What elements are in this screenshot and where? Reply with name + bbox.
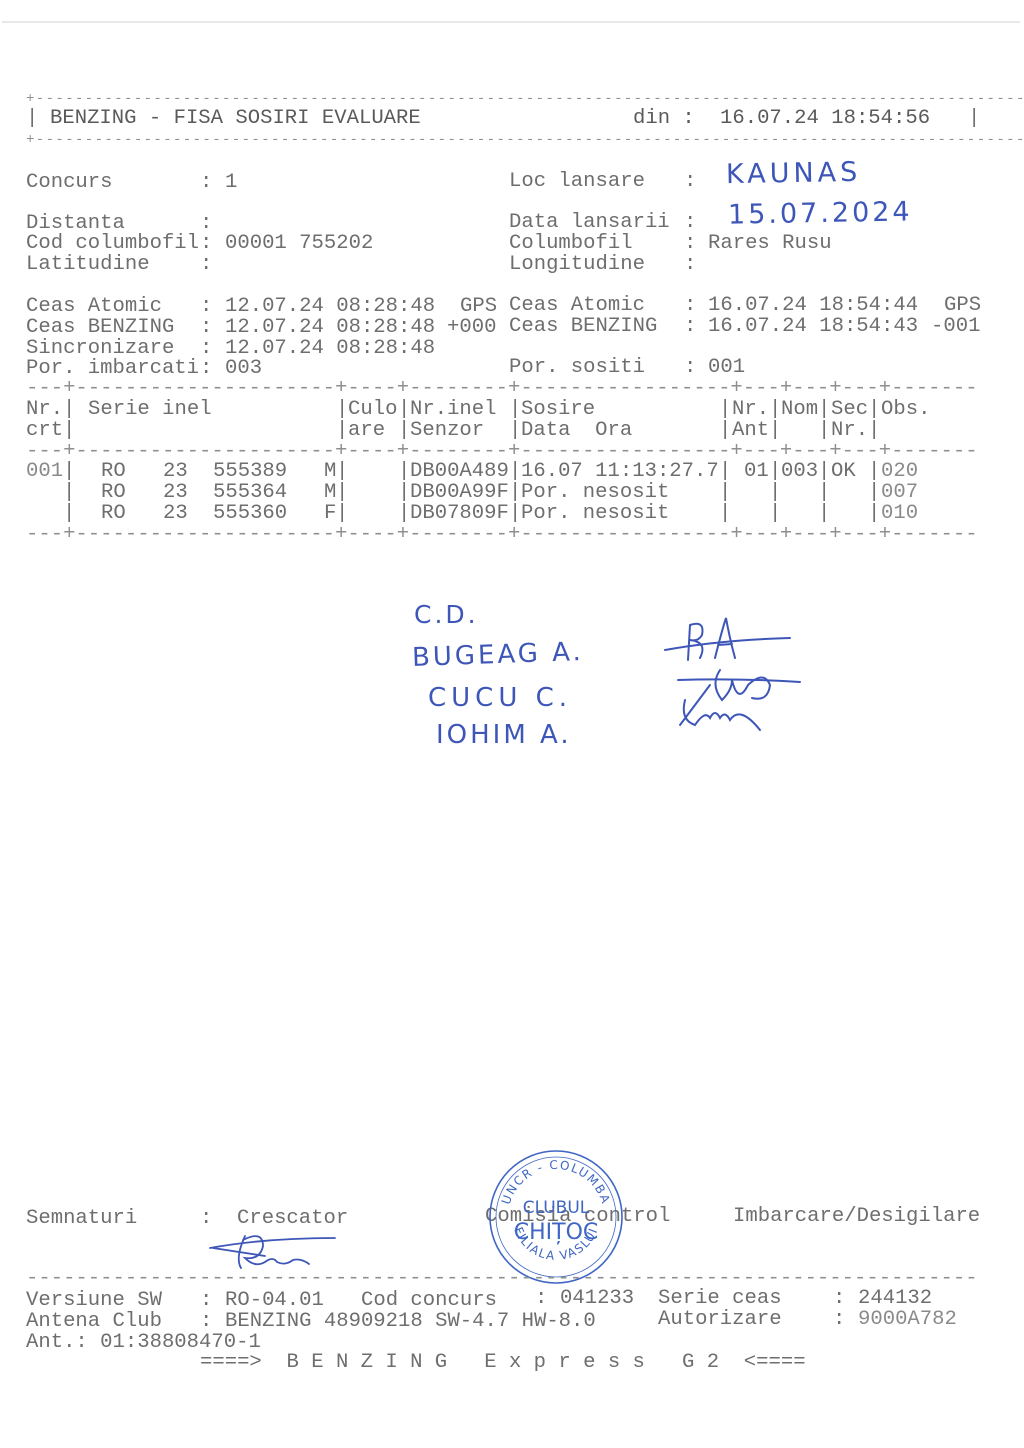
th-nr-ant-1: Nr.: [732, 399, 769, 420]
cell-sex: M: [324, 482, 336, 503]
th-culoare-2: are: [348, 420, 385, 441]
sincronizare-colon: :: [200, 338, 212, 359]
cell-country: RO: [101, 503, 126, 524]
cod-columbofil-label: Cod columbofil: [26, 233, 199, 254]
columbofil-label: Columbofil: [509, 233, 633, 254]
ceas-benzing-end-suffix: -001: [931, 316, 980, 337]
benzing-express-banner: ====> B E N Z I N G E x p r e s s G 2 <=…: [200, 1352, 806, 1373]
table-top-rule: ---+---------------------+----+--------+…: [26, 378, 978, 399]
table-vbar: |: [868, 399, 880, 420]
serie-ceas-label: Serie ceas: [658, 1288, 782, 1309]
cell-year: 23: [163, 503, 188, 524]
header-box-left-border: |: [26, 108, 38, 129]
concurs-value: 1: [225, 172, 237, 193]
versiune-sw-value: RO-04.01: [225, 1290, 324, 1311]
table-vbar: |: [398, 399, 410, 420]
table-vbar: |: [818, 399, 830, 420]
table-vbar: |: [398, 461, 410, 482]
table-vbar: |: [818, 503, 830, 524]
table-vbar: |: [719, 420, 731, 441]
ceas-benzing-end-colon: :: [684, 316, 696, 337]
ceas-atomic-end-label: Ceas Atomic: [509, 295, 645, 316]
versiune-sw-label: Versiune SW: [26, 1290, 162, 1311]
table-vbar: |: [719, 399, 731, 420]
th-sosire-2: Data Ora: [521, 420, 632, 441]
latitudine-colon: :: [200, 254, 212, 275]
header-date-label: din :: [633, 108, 695, 129]
svg-text:CHIȚOC: CHIȚOC: [514, 1220, 599, 1245]
table-vbar: |: [769, 399, 781, 420]
th-obs: Obs.: [881, 399, 930, 420]
table-vbar: |: [63, 461, 75, 482]
antena-club-label: Antena Club: [26, 1311, 162, 1332]
th-serie-inel: Serie inel: [88, 399, 212, 420]
th-nr-ant-2: Ant: [732, 420, 769, 441]
cell-sensor: DB00A489: [410, 461, 509, 482]
cell-arrival: Por. nesosit: [521, 482, 669, 503]
th-sec-nr-2: Nr.: [831, 420, 868, 441]
sincronizare-value: 12.07.24 08:28:48: [225, 338, 435, 359]
cell-country: RO: [101, 482, 126, 503]
table-vbar: |: [336, 482, 348, 503]
th-sec-nr-1: Sec: [831, 399, 868, 420]
cell-sex: M: [324, 461, 336, 482]
distanta-colon: :: [200, 213, 212, 234]
ceas-atomic-start-colon: :: [200, 296, 212, 317]
sincronizare-label: Sincronizare: [26, 338, 174, 359]
semnaturi-label: Semnaturi: [26, 1208, 137, 1229]
ceas-benzing-start-label: Ceas BENZING: [26, 317, 174, 338]
cell-nr-ant: 01: [744, 461, 769, 482]
table-vbar: |: [398, 420, 410, 441]
cell-obs: 007: [881, 482, 918, 503]
th-nr-inel-senzor-2: Senzor: [410, 420, 484, 441]
table-vbar: |: [868, 461, 880, 482]
cod-concurs-colon: :: [535, 1288, 547, 1309]
loc-lansare-colon: :: [684, 171, 696, 192]
header-date-value: 16.07.24 18:54:56: [720, 108, 930, 129]
cod-columbofil-colon: :: [200, 233, 212, 254]
imbarcare-desigilare-label: Imbarcare/Desigilare: [733, 1206, 980, 1227]
longitudine-label: Longitudine: [509, 254, 645, 275]
ceas-atomic-end-colon: :: [684, 295, 696, 316]
table-vbar: |: [868, 482, 880, 503]
commission-line-bugeag: BUGEAG A.: [412, 637, 585, 673]
table-vbar: |: [769, 482, 781, 503]
loc-lansare-handwritten: KAUNAS: [726, 157, 862, 190]
th-nr-inel-senzor-1: Nr.inel: [410, 399, 497, 420]
table-vbar: |: [63, 503, 75, 524]
table-vbar: |: [336, 503, 348, 524]
commission-line-iohim: IOHIM A.: [436, 720, 572, 750]
concurs-label: Concurs: [26, 172, 113, 193]
versiune-sw-colon: :: [200, 1290, 212, 1311]
table-vbar: |: [719, 482, 731, 503]
antenna-id: Ant.: 01:38808470-1: [26, 1332, 261, 1353]
table-vbar: |: [818, 461, 830, 482]
por-imbarcati-label: Por. imbarcati: [26, 358, 199, 379]
cell-obs: 020: [881, 461, 918, 482]
cell-ring: 555360: [213, 503, 287, 524]
cell-ring: 555389: [213, 461, 287, 482]
club-stamp: UNCR - COLUMBA FILIALA VASLUI CLUBUL CHI…: [486, 1147, 626, 1287]
antena-club-colon: :: [200, 1311, 212, 1332]
distanta-label: Distanta: [26, 213, 125, 234]
table-vbar: |: [509, 420, 521, 441]
svg-text:CLUBUL: CLUBUL: [523, 1198, 590, 1218]
cell-sensor: DB07809F: [410, 503, 509, 524]
ceas-atomic-end-value: 16.07.24 18:54:44: [708, 295, 918, 316]
table-vbar: |: [719, 503, 731, 524]
table-vbar: |: [509, 461, 521, 482]
autorizare-label: Autorizare: [658, 1309, 782, 1330]
group-nr-crt: 001: [26, 461, 63, 482]
latitudine-label: Latitudine: [26, 254, 150, 275]
crescator-label: Crescator: [237, 1208, 348, 1229]
data-lansarii-handwritten: 15.07.2024: [728, 196, 913, 230]
columbofil-colon: :: [684, 233, 696, 254]
commission-line-cucu: CUCU C.: [428, 683, 572, 713]
table-vbar: |: [398, 482, 410, 503]
th-culoare-1: Culo: [348, 399, 397, 420]
ceas-benzing-end-label: Ceas BENZING: [509, 316, 657, 337]
ceas-atomic-start-value: 12.07.24 08:28:48: [225, 296, 435, 317]
por-imbarcati-value: 003: [225, 358, 262, 379]
cell-year: 23: [163, 461, 188, 482]
footer-rule: ----------------------------------------…: [26, 1268, 978, 1289]
th-nr-crt-1: Nr.: [26, 399, 63, 420]
cod-concurs-value: 041233: [560, 1288, 634, 1309]
por-imbarcati-colon: :: [200, 358, 212, 379]
cod-columbofil-value: 00001 755202: [225, 233, 373, 254]
data-lansarii-label: Data lansarii: [509, 212, 670, 233]
autorizare-colon: :: [833, 1309, 845, 1330]
ceas-atomic-end-suffix: GPS: [944, 295, 981, 316]
cell-obs: 010: [881, 503, 918, 524]
cell-sex: F: [324, 503, 336, 524]
table-vbar: |: [63, 420, 75, 441]
table-vbar: |: [769, 503, 781, 524]
cell-arrival: Por. nesosit: [521, 503, 669, 524]
table-vbar: |: [769, 461, 781, 482]
table-vbar: |: [398, 503, 410, 524]
table-vbar: |: [509, 503, 521, 524]
header-box-bottom-border: +---------------------------------------…: [26, 130, 1024, 151]
loc-lansare-label: Loc lansare: [509, 171, 645, 192]
longitudine-colon: :: [684, 254, 696, 275]
serie-ceas-value: 244132: [858, 1288, 932, 1309]
ceas-atomic-start-label: Ceas Atomic: [26, 296, 162, 317]
table-vbar: |: [868, 503, 880, 524]
columbofil-value: Rares Rusu: [708, 233, 832, 254]
ceas-benzing-end-value: 16.07.24 18:54:43: [708, 316, 918, 337]
semnaturi-colon: :: [200, 1208, 212, 1229]
commission-signatures: [660, 610, 810, 740]
table-vbar: |: [509, 399, 521, 420]
por-sositi-label: Por. sositi: [509, 357, 645, 378]
table-vbar: |: [336, 399, 348, 420]
table-vbar: |: [818, 420, 830, 441]
serie-ceas-colon: :: [833, 1288, 845, 1309]
table-bottom-rule: ---+---------------------+----+--------+…: [26, 524, 978, 545]
cell-arrival: 16.07 11:13:27.7: [521, 461, 719, 482]
cod-concurs-label: Cod concurs: [361, 1290, 497, 1311]
table-vbar: |: [336, 461, 348, 482]
table-vbar: |: [63, 482, 75, 503]
table-vbar: |: [63, 399, 75, 420]
antena-club-value: BENZING 48909218 SW-4.7 HW-8.0: [225, 1311, 596, 1332]
table-vbar: |: [509, 482, 521, 503]
table-vbar: |: [336, 420, 348, 441]
concurs-colon: :: [200, 172, 225, 193]
por-sositi-colon: :: [684, 357, 696, 378]
cell-nom: 003: [781, 461, 818, 482]
document-title: BENZING - FISA SOSIRI EVALUARE: [50, 108, 421, 129]
table-vbar: |: [769, 420, 781, 441]
table-vbar: |: [818, 482, 830, 503]
table-vbar: |: [719, 461, 731, 482]
ceas-benzing-start-suffix: +000: [447, 317, 496, 338]
header-box-right-border: |: [968, 108, 980, 129]
ceas-atomic-start-suffix: GPS: [460, 296, 497, 317]
ceas-benzing-start-value: 12.07.24 08:28:48: [225, 317, 435, 338]
scan-edge-line: [2, 21, 1020, 23]
table-header-rule: ---+---------------------+----+--------+…: [26, 441, 978, 462]
ceas-benzing-start-colon: :: [200, 317, 212, 338]
th-sosire-1: Sosire: [521, 399, 595, 420]
th-nom: Nom: [781, 399, 818, 420]
cell-sensor: DB00A99F: [410, 482, 509, 503]
commission-line-cd: C.D.: [414, 600, 479, 629]
th-nr-crt-2: crt: [26, 420, 63, 441]
cell-country: RO: [101, 461, 126, 482]
table-vbar: |: [868, 420, 880, 441]
cell-ring: 555364: [213, 482, 287, 503]
autorizare-value: 9000A782: [858, 1309, 957, 1330]
por-sositi-value: 001: [708, 357, 745, 378]
cell-year: 23: [163, 482, 188, 503]
data-lansarii-colon: :: [684, 212, 696, 233]
cell-sec: OK: [831, 461, 856, 482]
